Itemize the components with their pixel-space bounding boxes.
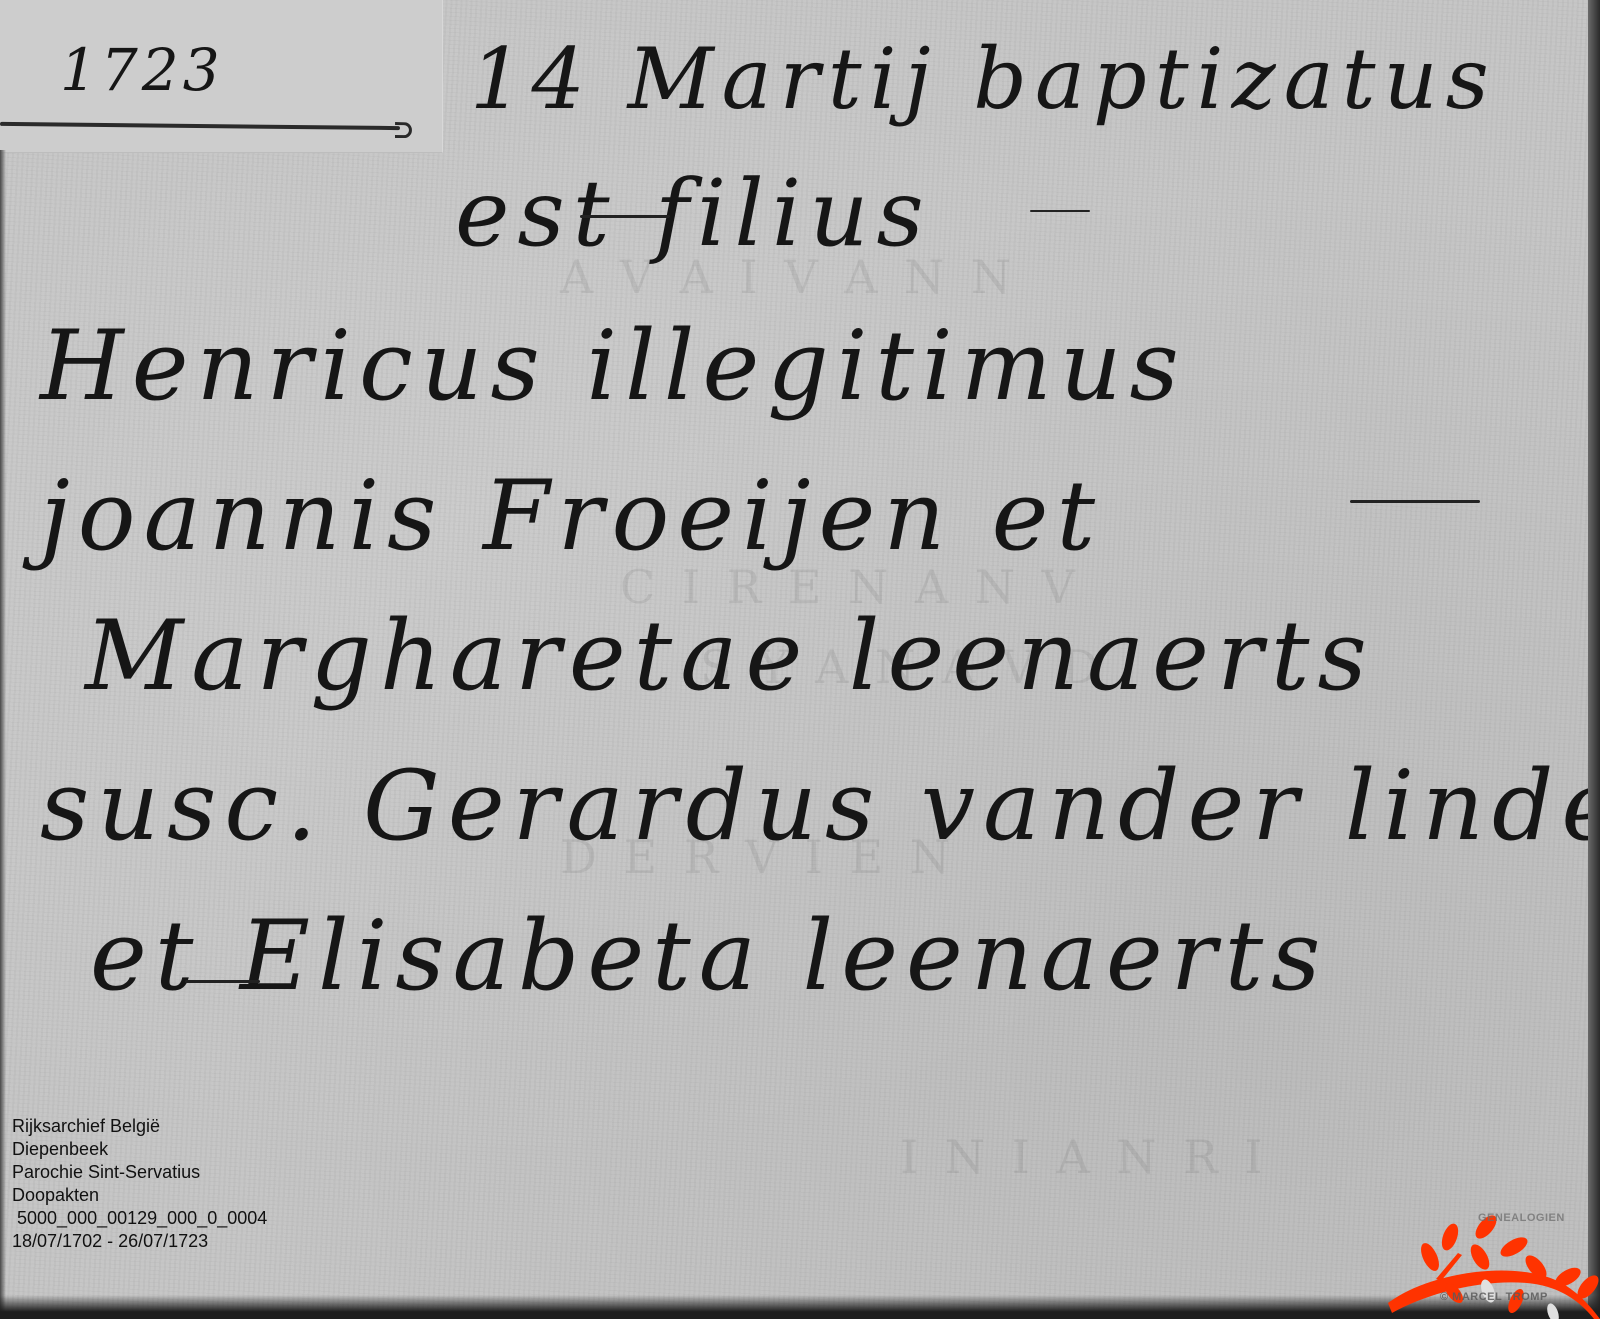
record-line-4: joannis Froeijen et <box>40 460 1103 572</box>
bleed-through-text: I N I A N R I <box>900 1130 1269 1184</box>
caption-reference: 5000_000_00129_000_0_0004 <box>12 1207 267 1230</box>
record-line-2: est filius <box>455 160 932 267</box>
page-edge-right <box>1588 0 1600 1319</box>
pen-stroke <box>185 980 260 983</box>
page-edge-left <box>0 150 6 1319</box>
caption-archive: Rijksarchief België <box>12 1115 267 1138</box>
record-line-6: susc. Gerardus vander linden <box>40 750 1600 862</box>
document-scan: A V A I V A N N C I R E N A N V S Y A N … <box>0 0 1600 1319</box>
watermark-top-text: GENEALOGIEN <box>1478 1212 1565 1224</box>
record-line-1: 14 Martij baptizatus <box>470 30 1497 128</box>
record-line-5: Margharetae leenaerts <box>85 600 1375 712</box>
caption-place: Diepenbeek <box>12 1138 267 1161</box>
record-line-3: Henricus illegitimus <box>40 310 1187 422</box>
watermark-copyright: © MARCEL TROMP <box>1440 1291 1548 1303</box>
caption-parish: Parochie Sint-Servatius <box>12 1161 267 1184</box>
marginal-year: 1723 <box>60 36 224 104</box>
pen-stroke <box>580 215 670 218</box>
caption-record-type: Doopakten <box>12 1184 267 1207</box>
archive-caption: Rijksarchief België Diepenbeek Parochie … <box>12 1115 267 1253</box>
record-line-7: et Elisabeta leenaerts <box>90 900 1328 1012</box>
pen-stroke <box>1030 210 1090 212</box>
page-edge-bottom <box>0 1295 1600 1319</box>
caption-date-range: 18/07/1702 - 26/07/1723 <box>12 1230 267 1253</box>
pen-stroke <box>1350 500 1480 503</box>
